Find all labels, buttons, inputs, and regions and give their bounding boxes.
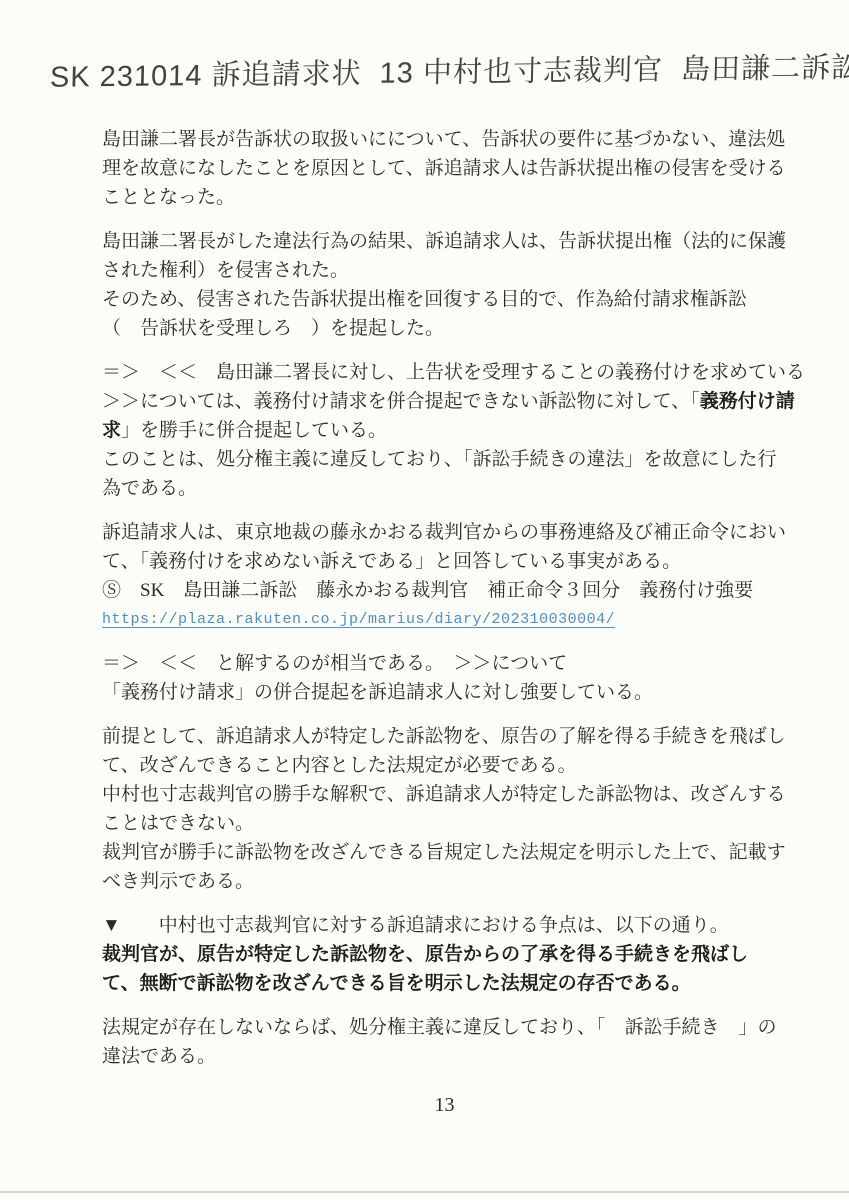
- paragraph-correction-order: 訴追請求人は、東京地裁の藤永かおる裁判官からの事務連絡及び補正命令におい て、「…: [102, 518, 814, 634]
- paragraph-conclusion: 法規定が存在しないならば、処分権主義に違反しており、「 訴訟手続き 」の 違法で…: [102, 1013, 814, 1071]
- paragraph-rights-infringed: 島田謙二署長がした違法行為の結果、訴追請求人は、告訴状提出権（法的に保護 された…: [102, 227, 814, 343]
- paragraph-obligation-claim: ＝＞ ＜＜ 島田謙二署長に対し、上告状を受理することの義務付けを求めている ＞＞…: [102, 358, 814, 503]
- scanned-document-page: SK 231014 訴追請求状 13 中村也寸志裁判官 島田謙二訴訟 島田謙二署…: [0, 0, 849, 1200]
- paragraph-text: 訴追請求人は、東京地裁の藤永かおる裁判官からの事務連絡及び補正命令におい て、「…: [102, 518, 814, 576]
- document-body: 島田謙二署長が告訴状の取扱いにについて、告訴状の要件に基づかない、違法処 理を故…: [102, 125, 814, 1086]
- paragraph-complaint-handling: 島田謙二署長が告訴状の取扱いにについて、告訴状の要件に基づかない、違法処 理を故…: [102, 125, 814, 212]
- paragraph-issue-point: ▼ 中村也寸志裁判官に対する訴追請求における争点は、以下の通り。裁判官が、原告が…: [102, 911, 814, 998]
- paragraph-coercion: ＝＞ ＜＜ と解するのが相当である。 ＞＞について 「義務付け請求」の併合提起を…: [102, 649, 814, 707]
- issue-marker-line: ▼ 中村也寸志裁判官に対する訴追請求における争点は、以下の通り。: [102, 915, 729, 936]
- rakuten-diary-link[interactable]: https://plaza.rakuten.co.jp/marius/diary…: [102, 605, 814, 634]
- reference-line: Ⓢ SK 島田謙二訴訟 藤永かおる裁判官 補正命令３回分 義務付け強要: [102, 576, 814, 605]
- scan-edge-line: [0, 1191, 849, 1193]
- paragraph-text: 」を勝手に併合提起している。 このことは、処分権主義に違反しており、「訴訟手続き…: [102, 420, 777, 499]
- paragraph-premise: 前提として、訴追請求人が特定した訴訟物を、原告の了解を得る手続きを飛ばし て、改…: [102, 722, 814, 896]
- page-number: 13: [20, 1094, 849, 1117]
- bold-issue-statement: 裁判官が、原告が特定した訴訟物を、原告からの了承を得る手続きを飛ばし て、無断で…: [102, 940, 814, 998]
- handwritten-title: SK 231014 訴追請求状 13 中村也寸志裁判官 島田謙二訴訟: [50, 45, 831, 96]
